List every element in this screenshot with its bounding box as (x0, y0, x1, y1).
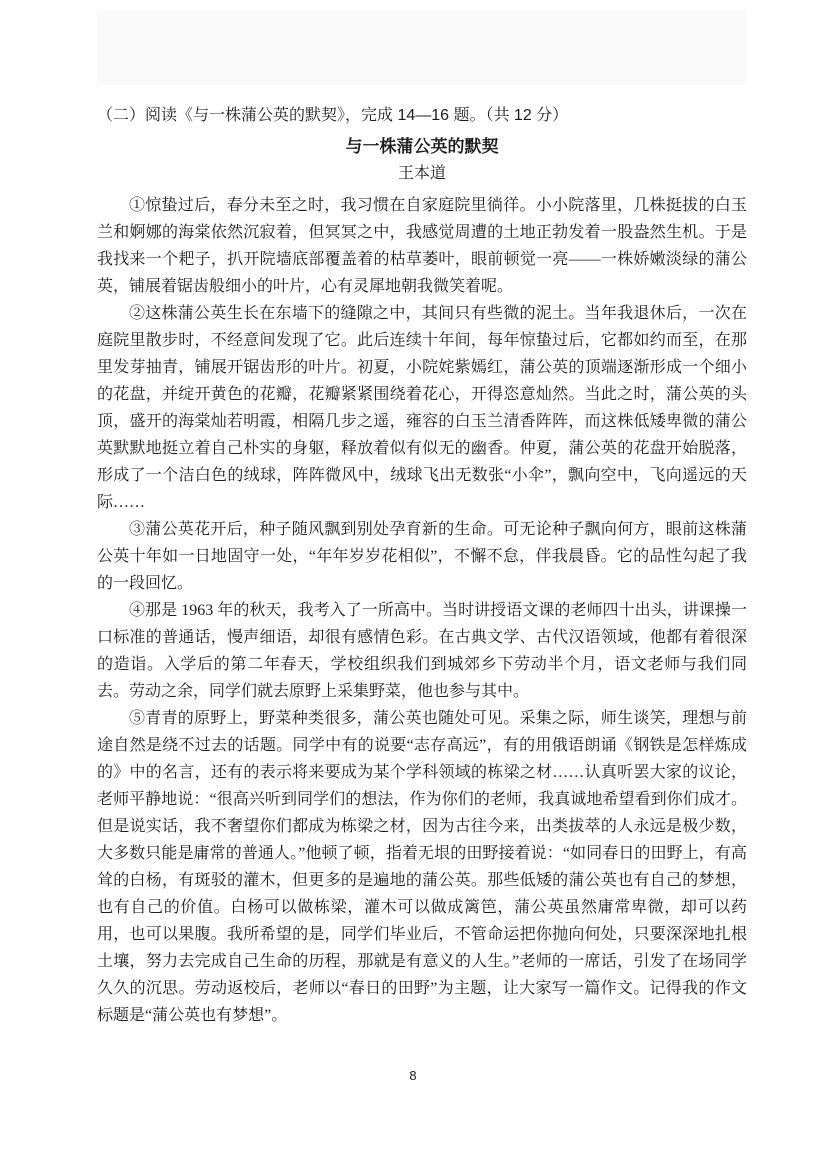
article-paragraph-4: ④那是 1963 年的秋天，我考入了一所高中。当时讲授语文课的老师四十出头，讲课… (97, 597, 747, 705)
exercise-section: （二）阅读《与一株蒲公英的默契》，完成 14—16 题。（共 12 分） 与一株… (97, 102, 747, 1029)
article-paragraph-5: ⑤青青的原野上，野菜种类很多，蒲公英也随处可见。采集之际，师生谈笑，理想与前途自… (97, 705, 747, 1029)
article-paragraph-1: ①惊蛰过后，春分未至之时，我习惯在自家庭院里徜徉。小小院落里，几株挺拔的白玉兰和… (97, 192, 747, 300)
header-placeholder-block (97, 10, 746, 85)
article-paragraph-3: ③蒲公英花开后，种子随风飘到别处孕育新的生命。可无论种子飘向何方，眼前这株蒲公英… (97, 516, 747, 597)
exercise-instruction: （二）阅读《与一株蒲公英的默契》，完成 14—16 题。（共 12 分） (97, 102, 747, 129)
page-number: 8 (0, 1068, 826, 1083)
article-title: 与一株蒲公英的默契 (97, 133, 747, 160)
article-body: ①惊蛰过后，春分未至之时，我习惯在自家庭院里徜徉。小小院落里，几株挺拔的白玉兰和… (97, 192, 747, 1029)
article-paragraph-2: ②这株蒲公英生长在东墙下的缝隙之中，其间只有些微的泥土。当年我退休后，一次在庭院… (97, 300, 747, 516)
document-page: { "colors": { "page_background": "#fffff… (0, 0, 826, 1169)
article-author: 王本道 (97, 160, 747, 187)
